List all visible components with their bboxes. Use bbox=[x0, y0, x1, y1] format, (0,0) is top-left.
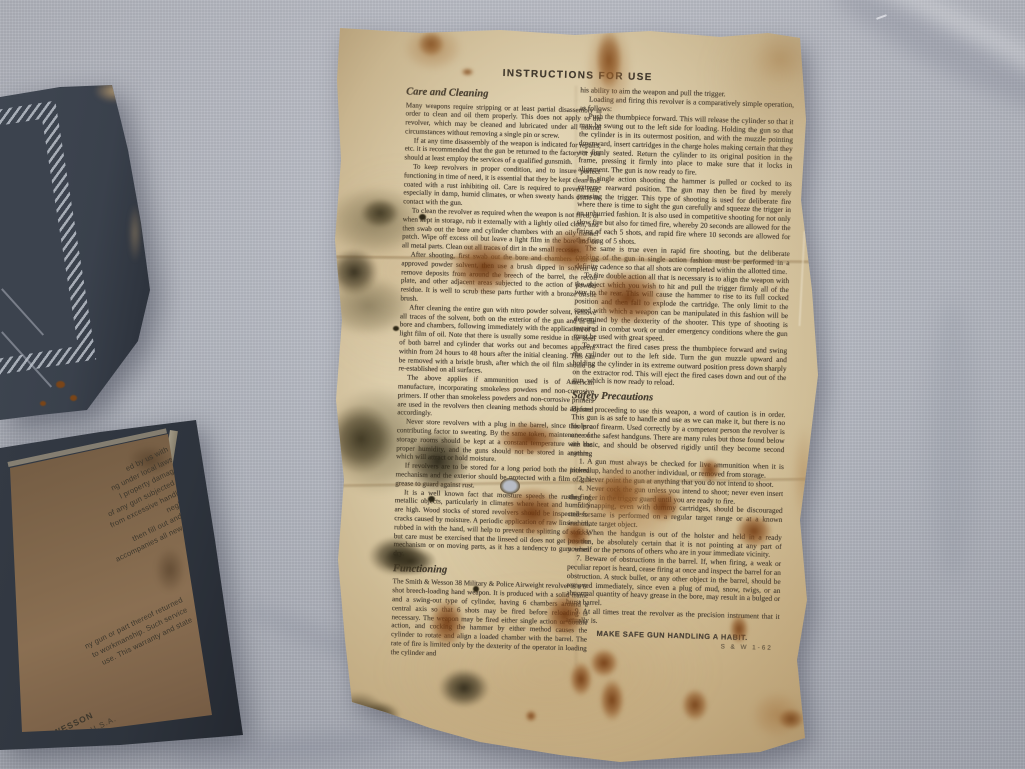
photo-scene: ed by us withng under local lawsl proper… bbox=[0, 0, 1025, 769]
lid-rust-speck bbox=[56, 381, 65, 388]
box-lid bbox=[0, 83, 162, 425]
lid-worn-edge bbox=[128, 203, 142, 263]
box-lid-face bbox=[0, 83, 162, 425]
stain-speck bbox=[405, 731, 413, 737]
lid-rust-speck bbox=[40, 401, 46, 406]
fabric-wrinkle bbox=[930, 300, 976, 580]
lid-rust-speck bbox=[70, 395, 77, 401]
instruction-sheet-paper: INSTRUCTIONS FOR USE Care and CleaningMa… bbox=[333, 26, 819, 766]
printed-text-layer: INSTRUCTIONS FOR USE Care and CleaningMa… bbox=[334, 26, 819, 33]
instruction-sheet: INSTRUCTIONS FOR USE Care and CleaningMa… bbox=[333, 26, 819, 766]
box-bottom: ed by us withng under local lawsl proper… bbox=[0, 420, 250, 760]
fabric-wrinkle bbox=[825, 0, 1025, 129]
paper-edge-shading bbox=[333, 26, 819, 766]
box-interior-stain bbox=[150, 540, 190, 600]
lid-worn-corner bbox=[94, 83, 134, 103]
